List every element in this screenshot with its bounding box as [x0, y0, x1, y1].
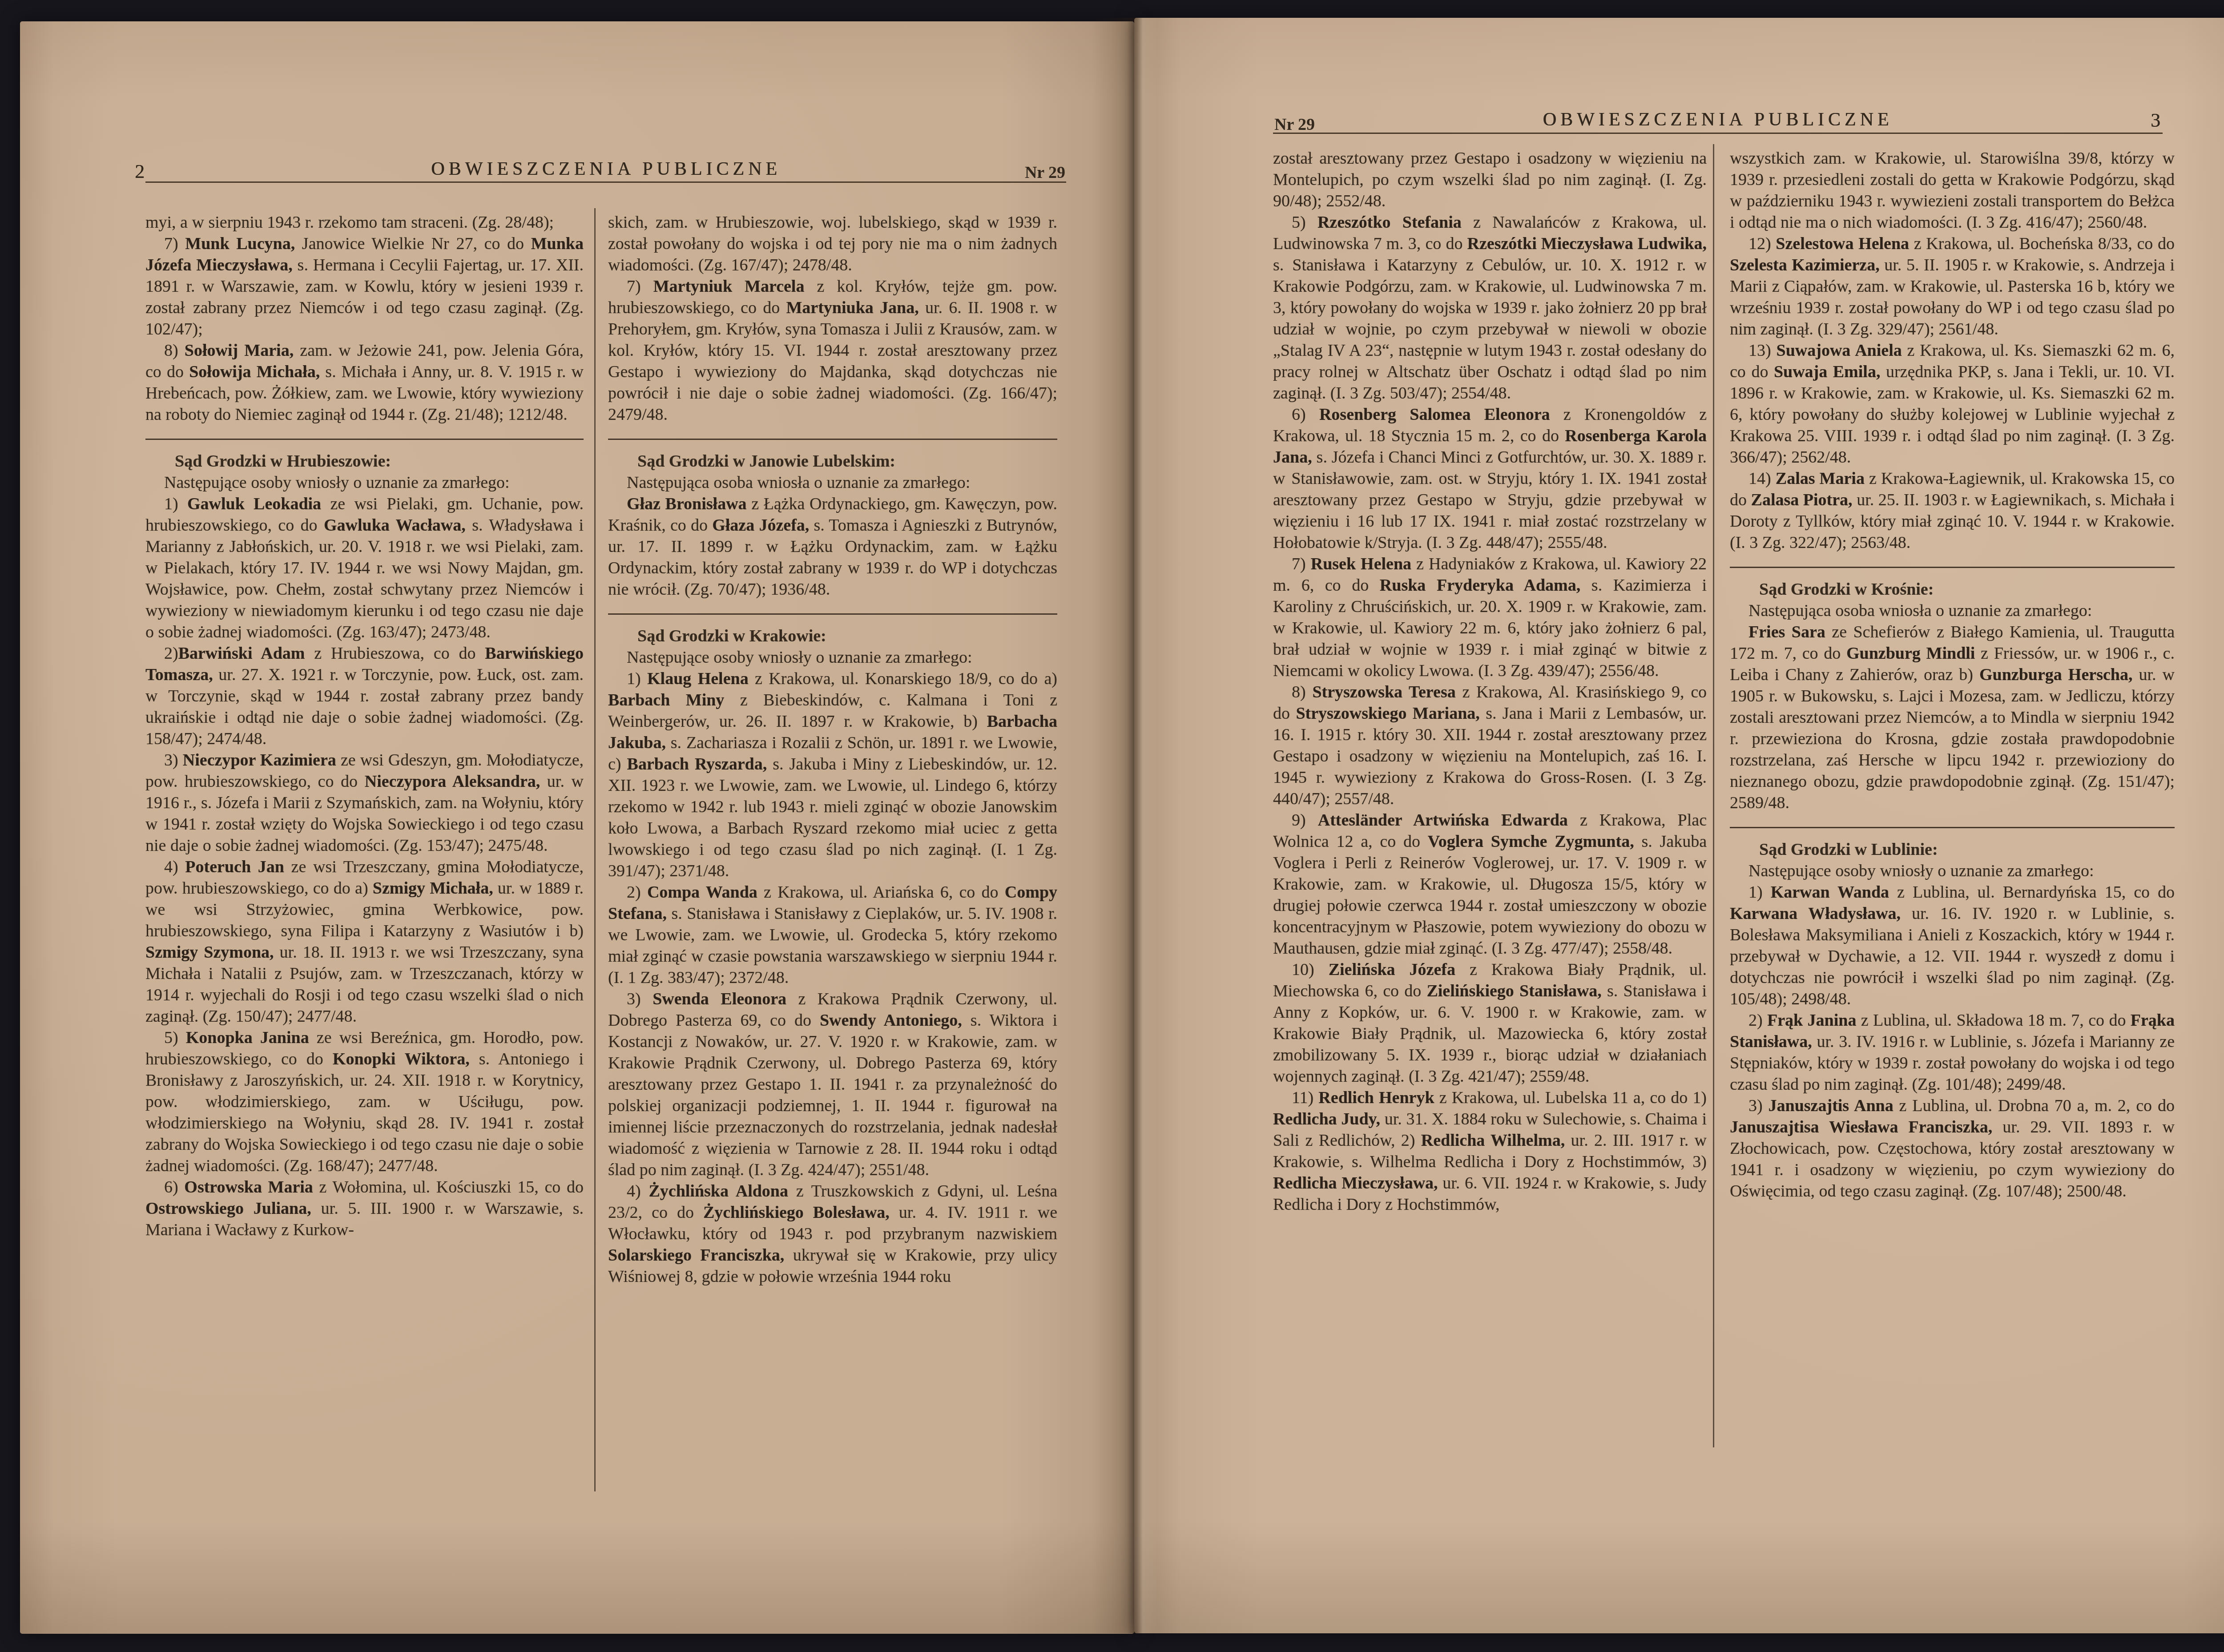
paragraph: 14) Zalas Maria z Krakowa-Łagiewnik, ul.…	[1730, 468, 2175, 553]
page-left: 2 OBWIESZCZENIA PUBLICZNE Nr 29 myi, a w…	[20, 21, 1134, 1634]
paragraph: Fries Sara ze Schefierów z Białego Kamie…	[1730, 621, 2175, 814]
person-name: Zielińskiego Stanisława,	[1426, 982, 1601, 1000]
section-divider-rule	[145, 439, 584, 440]
person-name: Nieczypor Kazimiera	[183, 751, 336, 770]
paragraph: 5) Konopka Janina ze wsi Bereźnica, gm. …	[145, 1027, 584, 1177]
person-name: Swenda Eleonora	[653, 990, 786, 1008]
paragraph: skich, zam. w Hrubieszowie, woj. lubelsk…	[608, 212, 1057, 276]
section-heading: Sąd Grodzki w Krakowie:	[608, 625, 1057, 647]
page-number-right: 3	[2151, 109, 2160, 132]
issue-number-left: Nr 29	[1025, 163, 1065, 182]
header-rule-left	[145, 181, 1066, 183]
person-name: Barbach Ryszarda,	[627, 755, 767, 774]
person-name: Konopki Wiktora,	[333, 1050, 470, 1068]
person-name: Rzeszótki Mieczysława Ludwika,	[1467, 234, 1707, 253]
person-name: Karwana Władysława,	[1730, 904, 1901, 923]
person-name: Stryszowska Teresa	[1312, 683, 1455, 701]
paragraph: 6) Rosenberg Salomea Eleonora z Kronengo…	[1273, 404, 1707, 553]
person-name: Klaug Helena	[647, 669, 749, 688]
paragraph: 7) Martyniuk Marcela z kol. Kryłów, tejż…	[608, 276, 1057, 425]
person-name: Żychlińskiego Bolesława,	[703, 1203, 890, 1222]
paragraph: 13) Suwajowa Aniela z Krakowa, ul. Ks. S…	[1730, 340, 2175, 468]
section-heading: Sąd Grodzki w Hrubieszowie:	[145, 451, 584, 472]
person-name: Stryszowskiego Mariana,	[1296, 704, 1479, 723]
person-name: Barbacha Jakuba,	[608, 712, 1057, 752]
person-name: Januszajtis Anna	[1769, 1096, 1894, 1115]
paragraph: został aresztowany przez Gestapo i osadz…	[1273, 148, 1707, 212]
person-name: Poteruch Jan	[185, 858, 284, 876]
person-name: Sołowija Michała,	[189, 363, 320, 381]
section-divider-rule	[608, 439, 1057, 440]
paragraph: 11) Redlich Henryk z Krakowa, ul. Lubels…	[1273, 1087, 1707, 1215]
paragraph: wszystkich zam. w Krakowie, ul. Starowiś…	[1730, 148, 2175, 233]
column-1: myi, a w sierpniu 1943 r. rzekomo tam st…	[145, 212, 584, 1486]
person-name: Redlich Henryk	[1318, 1088, 1434, 1107]
person-name: Suwajowa Aniela	[1777, 341, 1902, 360]
person-name: Konopka Janina	[186, 1028, 309, 1047]
paragraph: Następujące osoby wniosły o uznanie za z…	[1730, 860, 2175, 882]
person-name: Szmigy Michała,	[373, 879, 493, 898]
person-name: Gunzburg Mindli	[1846, 644, 1975, 663]
section-heading: Sąd Grodzki w Krośnie:	[1730, 579, 2175, 600]
person-name: Nieczypora Aleksandra,	[365, 772, 540, 791]
paragraph: 5) Rzeszótko Stefania z Nawalańców z Kra…	[1273, 212, 1707, 404]
scanned-gazette-spread: 2 OBWIESZCZENIA PUBLICZNE Nr 29 myi, a w…	[0, 0, 2224, 1652]
paragraph: Następująca osoba wniosła o uznanie za z…	[608, 472, 1057, 493]
paragraph: 7) Rusek Helena z Hadyniaków z Krakowa, …	[1273, 553, 1707, 681]
person-name: Redlicha Wilhelma,	[1421, 1131, 1565, 1150]
section-heading: Sąd Grodzki w Janowie Lubelskim:	[608, 451, 1057, 472]
person-name: Gawluk Leokadia	[187, 495, 321, 513]
header-rule-right	[1273, 133, 2163, 134]
section-divider-rule	[1730, 567, 2175, 568]
page-title-right: OBWIESZCZENIA PUBLICZNE	[1273, 109, 2163, 130]
person-name: Głaza Józefa,	[712, 516, 809, 535]
paragraph: 3) Swenda Eleonora z Krakowa Prądnik Cze…	[608, 988, 1057, 1181]
paragraph: 4) Żychlińska Aldona z Truszkowskich z G…	[608, 1181, 1057, 1287]
paragraph: 8) Sołowij Maria, zam. w Jeżowie 241, po…	[145, 340, 584, 425]
page-title-left: OBWIESZCZENIA PUBLICZNE	[147, 158, 1065, 180]
person-name: Głaz Bronisława	[627, 495, 747, 513]
person-name: Suwaja Emila,	[1774, 363, 1881, 381]
column-divider-left	[594, 208, 596, 1491]
person-name: Rosenberg Salomea Eleonora	[1319, 405, 1550, 424]
person-name: Ostrowska Maria	[184, 1178, 313, 1197]
paragraph: 3) Nieczypor Kazimiera ze wsi Gdeszyn, g…	[145, 749, 584, 856]
person-name: Januszajtisa Wiesława Franciszka,	[1730, 1118, 1992, 1136]
paragraph: 9) Attesländer Artwińska Edwarda z Krako…	[1273, 810, 1707, 959]
person-name: Barwiński Adam	[178, 644, 305, 663]
section-divider-rule	[1730, 827, 2175, 828]
person-name: Attesländer Artwińska Edwarda	[1318, 811, 1568, 830]
person-name: Karwan Wanda	[1771, 883, 1889, 902]
person-name: Rosenberga Karola Jana,	[1273, 427, 1707, 467]
paragraph: 7) Munk Lucyna, Janowice Wielkie Nr 27, …	[145, 233, 584, 340]
person-name: Swendy Antoniego,	[820, 1011, 962, 1030]
paragraph: Następujące osoby wniosły o uznanie za z…	[608, 647, 1057, 668]
person-name: Zielińska Józefa	[1329, 960, 1455, 979]
paragraph: 1) Klaug Helena z Krakowa, ul. Konarskie…	[608, 668, 1057, 882]
paragraph: 2)Barwiński Adam z Hrubieszowa, co do Ba…	[145, 643, 584, 749]
person-name: Żychlińska Aldona	[649, 1182, 788, 1201]
person-name: Rzeszótko Stefania	[1317, 213, 1462, 232]
paragraph: 3) Januszajtis Anna z Lublina, ul. Drobn…	[1730, 1095, 2175, 1202]
person-name: Szelesta Kazimierza,	[1730, 256, 1880, 274]
paragraph: 1) Karwan Wanda z Lublina, ul. Bernardyń…	[1730, 882, 2175, 1010]
paragraph: 2) Compa Wanda z Krakowa, ul. Ariańska 6…	[608, 882, 1057, 988]
page-right: Nr 29 OBWIESZCZENIA PUBLICZNE 3 został a…	[1134, 18, 2224, 1633]
person-name: Martyniuka Jana,	[786, 298, 919, 317]
person-name: Solarskiego Franciszka,	[608, 1246, 784, 1265]
person-name: Ruska Fryderyka Adama,	[1380, 576, 1580, 595]
person-name: Martyniuk Marcela	[653, 277, 805, 296]
person-name: Redlicha Mieczysława,	[1273, 1174, 1438, 1193]
person-name: Barbach Miny	[608, 691, 724, 709]
paragraph: 6) Ostrowska Maria z Wołomina, ul. Kości…	[145, 1177, 584, 1241]
person-name: Voglera Symche Zygmunta,	[1428, 832, 1634, 851]
paragraph: 4) Poteruch Jan ze wsi Trzeszczany, gmin…	[145, 856, 584, 1027]
section-heading: Sąd Grodzki w Lublinie:	[1730, 839, 2175, 860]
person-name: Szelestowa Helena	[1776, 234, 1909, 253]
paragraph: Głaz Bronisława z Łążka Ordynackiego, gm…	[608, 493, 1057, 600]
person-name: Fries Sara	[1749, 623, 1825, 641]
column-3: został aresztowany przez Gestapo i osadz…	[1273, 148, 1707, 1449]
person-name: Sołowij Maria,	[185, 341, 294, 360]
paragraph: 12) Szelestowa Helena z Krakowa, ul. Boc…	[1730, 233, 2175, 340]
page-number-left: 2	[135, 160, 145, 183]
column-divider-right	[1713, 144, 1714, 1447]
person-name: Frąk Janina	[1767, 1011, 1856, 1030]
paragraph: 2) Frąk Janina z Lublina, ul. Składowa 1…	[1730, 1010, 2175, 1095]
person-name: Gawluka Wacława,	[324, 516, 466, 535]
paragraph: 8) Stryszowska Teresa z Krakowa, Al. Kra…	[1273, 681, 1707, 810]
column-2: skich, zam. w Hrubieszowie, woj. lubelsk…	[608, 212, 1057, 1504]
section-divider-rule	[608, 613, 1057, 615]
paragraph: Następujące osoby wniosły o uznanie za z…	[145, 472, 584, 493]
person-name: Compa Wanda	[647, 883, 757, 902]
column-4: wszystkich zam. w Krakowie, ul. Starowiś…	[1730, 148, 2175, 1449]
person-name: Munk Lucyna,	[185, 234, 295, 253]
paragraph: 1) Gawluk Leokadia ze wsi Pielaki, gm. U…	[145, 493, 584, 643]
person-name: Zalasa Piotra,	[1751, 491, 1853, 509]
person-name: Redlicha Judy,	[1273, 1110, 1380, 1128]
person-name: Zalas Maria	[1776, 469, 1865, 488]
paragraph: myi, a w sierpniu 1943 r. rzekomo tam st…	[145, 212, 584, 233]
paragraph: 10) Zielińska Józefa z Krakowa Biały Prą…	[1273, 959, 1707, 1087]
person-name: Gunzburga Herscha,	[1979, 665, 2132, 684]
person-name: Ostrowskiego Juliana,	[145, 1199, 311, 1218]
paragraph: Następująca osoba wniosła o uznanie za z…	[1730, 600, 2175, 621]
person-name: Szmigy Szymona,	[145, 943, 274, 962]
person-name: Rusek Helena	[1311, 555, 1411, 573]
